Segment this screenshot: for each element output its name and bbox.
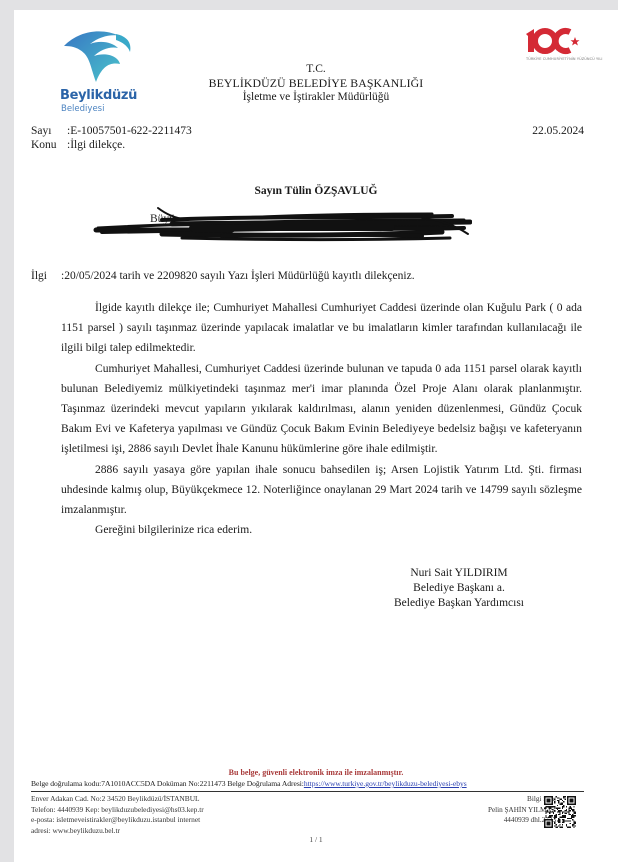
qr-code-icon bbox=[544, 796, 576, 828]
signatory-title: Belediye Başkan Yardımcısı bbox=[374, 596, 544, 611]
reference-label: İlgi bbox=[31, 270, 61, 282]
sayi-label: Sayı bbox=[31, 124, 67, 138]
contact-block: Enver Adakan Cad. No:2 34520 Beylikdüzü/… bbox=[31, 794, 204, 836]
konu-row: Konu:İlgi dilekçe. bbox=[31, 138, 125, 152]
body-paragraph: Gereğini bilgilerinize rica ederim. bbox=[61, 520, 582, 540]
konu-label: Konu bbox=[31, 138, 67, 152]
reference-row: İlgi:20/05/2024 tarih ve 2209820 sayılı … bbox=[31, 270, 415, 282]
letter-body: İlgide kayıtlı dilekçe ile; Cumhuriyet M… bbox=[61, 298, 582, 540]
verification-link[interactable]: https://www.turkiye.gov.tr/beylikduzu-be… bbox=[304, 779, 467, 788]
sayi-row: Sayı:E-10057501-622-2211473 bbox=[31, 124, 192, 138]
konu-value: :İlgi dilekçe. bbox=[67, 139, 125, 151]
header-organization: BEYLİKDÜZÜ BELEDİYE BAŞKANLIĞI bbox=[14, 76, 618, 90]
contact-line: Enver Adakan Cad. No:2 34520 Beylikdüzü/… bbox=[31, 794, 204, 805]
document-date: 22.05.2024 bbox=[532, 124, 584, 138]
logo-subtitle: Belediyesi bbox=[61, 104, 104, 114]
page-number: 1 / 1 bbox=[14, 835, 618, 844]
signature-block: Nuri Sait YILDIRIM Belediye Başkanı a. B… bbox=[374, 566, 544, 611]
header-department: İşletme ve İştirakler Müdürlüğü bbox=[14, 90, 618, 104]
body-paragraph: Cumhuriyet Mahallesi, Cumhuriyet Caddesi… bbox=[61, 359, 582, 460]
esign-notice: Bu belge, güvenli elektronik imza ile im… bbox=[14, 768, 618, 777]
reference-value: :20/05/2024 tarih ve 2209820 sayılı Yazı… bbox=[61, 270, 415, 282]
verification-text: Belge doğrulama kodu:7A1010ACC5DA Doküma… bbox=[31, 779, 304, 788]
footer-divider bbox=[31, 791, 584, 792]
centenary-caption: TÜRKİYE CUMHURİYETİ'NİN YÜZÜNCÜ YILI bbox=[526, 57, 603, 61]
document-page: Beylikdüzü Belediyesi TÜRKİYE CUMHURİYET… bbox=[14, 10, 618, 862]
redaction-scribble bbox=[92, 206, 472, 246]
contact-line: e-posta: isletmeveistirakler@beylikduzu.… bbox=[31, 815, 204, 826]
body-paragraph: İlgide kayıtlı dilekçe ile; Cumhuriyet M… bbox=[61, 298, 582, 359]
signatory-name: Nuri Sait YILDIRIM bbox=[374, 566, 544, 581]
sayi-value: :E-10057501-622-2211473 bbox=[67, 125, 192, 137]
centenary-100-icon bbox=[522, 26, 582, 56]
verification-line: Belge doğrulama kodu:7A1010ACC5DA Doküma… bbox=[31, 779, 467, 788]
recipient-name: Sayın Tülin ÖZŞAVLUĞ bbox=[14, 185, 618, 197]
contact-line: Telefon: 4440939 Kep: beylikduzubelediye… bbox=[31, 805, 204, 816]
signatory-title: Belediye Başkanı a. bbox=[374, 581, 544, 596]
body-paragraph: 2886 sayılı yasaya göre yapılan ihale so… bbox=[61, 460, 582, 521]
header-tc: T.C. bbox=[14, 62, 618, 76]
